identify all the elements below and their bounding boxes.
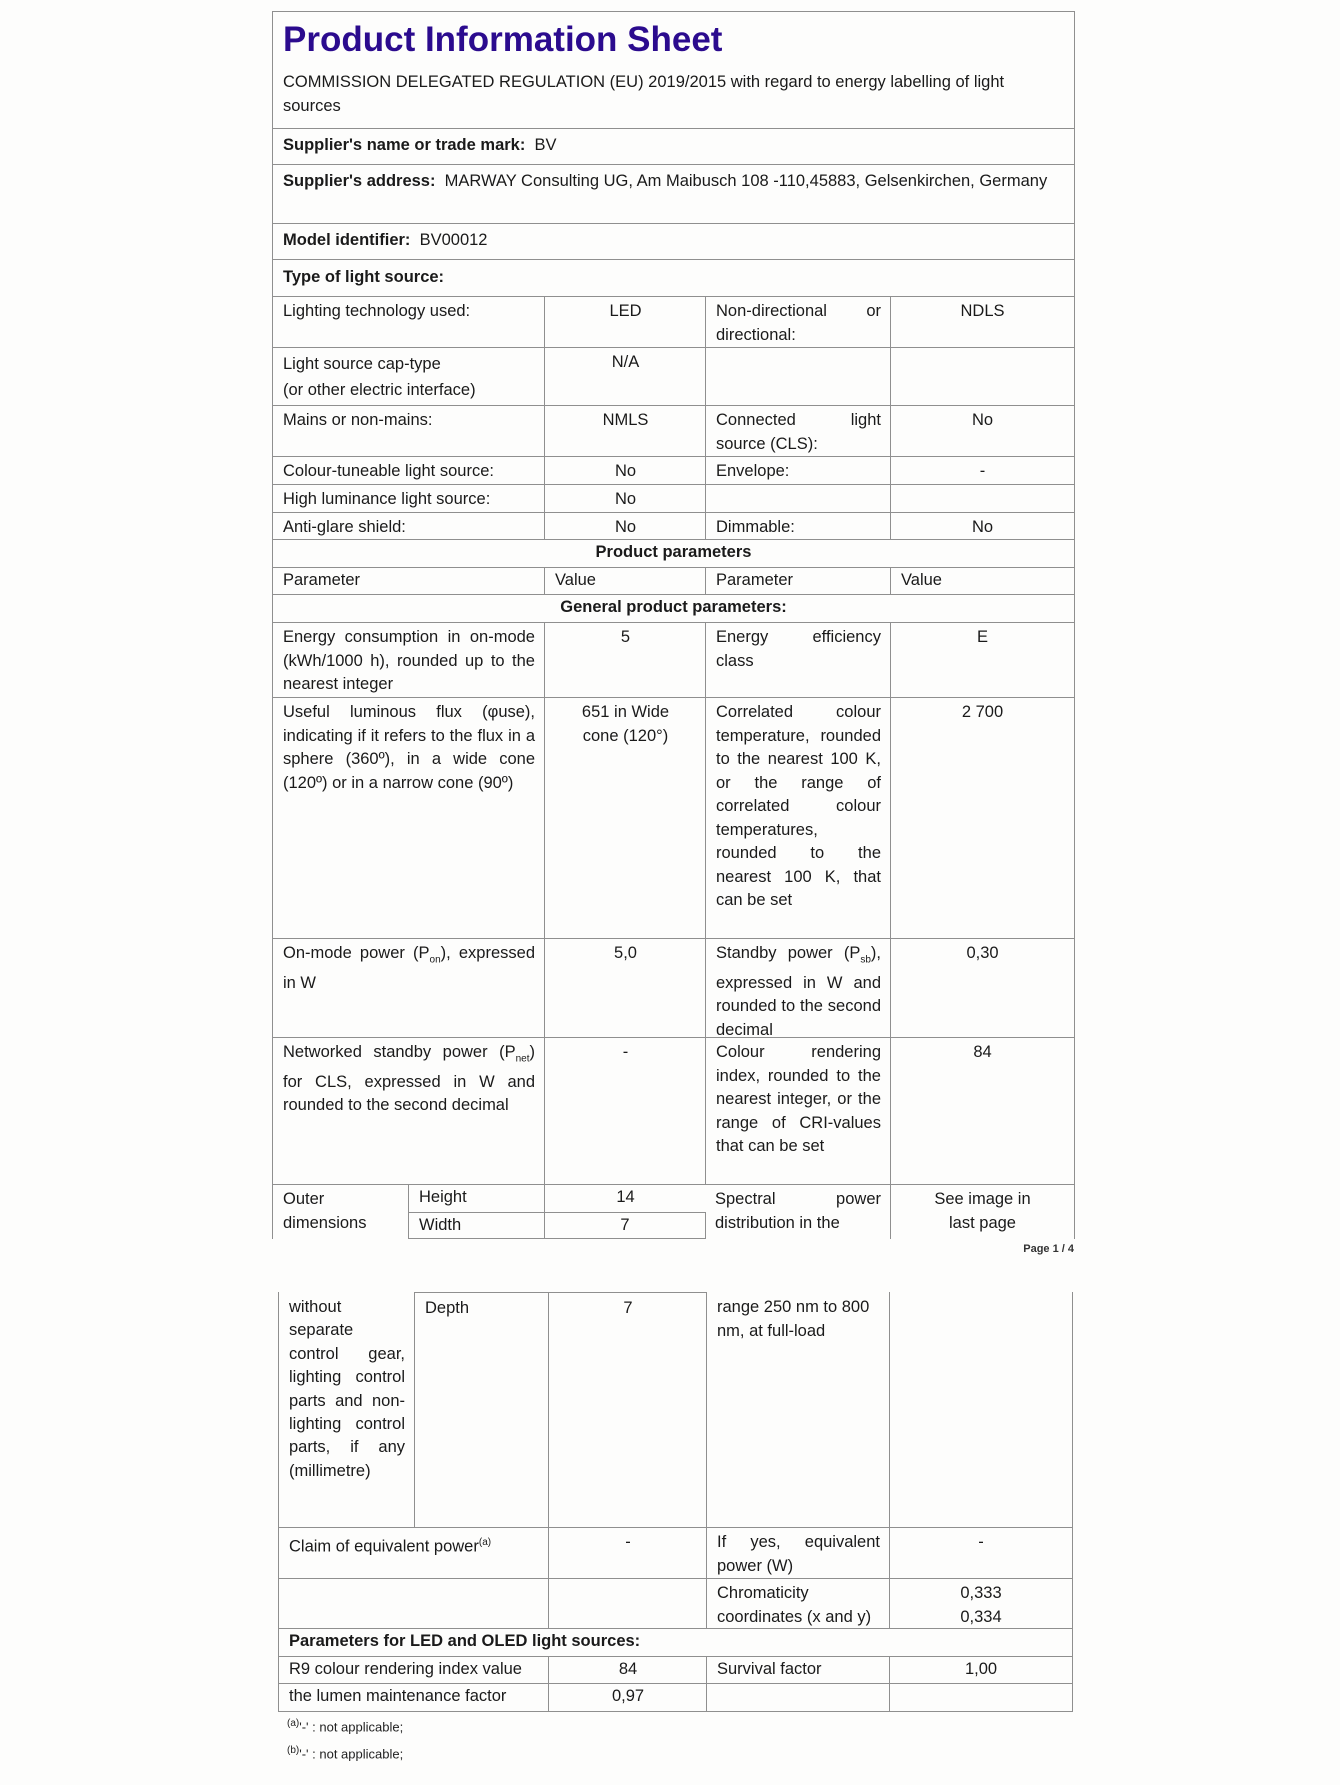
type-param-value: [890, 484, 1075, 513]
type-param-value: -: [890, 456, 1075, 485]
chromaticity-y: 0,334: [900, 1606, 1062, 1630]
type-param-label: Envelope:: [705, 456, 891, 485]
param-value: 0,30: [890, 938, 1075, 1038]
page-title: Product Information Sheet: [283, 16, 1064, 60]
height-value: 14: [544, 1184, 706, 1213]
type-param-label: Dimmable:: [705, 512, 891, 540]
type-param-value: NMLS: [544, 405, 706, 457]
type-param-label: [705, 484, 891, 513]
type-param-value: No: [544, 512, 706, 540]
led-param-value: 1,00: [889, 1656, 1073, 1684]
type-param-label: Non-directional or directional:: [705, 296, 891, 348]
col-header-value: Value: [544, 567, 706, 595]
chromaticity-values: 0,333 0,334: [889, 1578, 1073, 1629]
type-param-value: LED: [544, 296, 706, 348]
model-identifier-value: BV00012: [420, 231, 488, 249]
type-param-label: Anti-glare shield:: [272, 512, 545, 540]
type-param-value: No: [890, 512, 1075, 540]
page-indicator: Page 1 / 4: [1010, 1243, 1074, 1255]
empty-cell: [548, 1578, 707, 1629]
type-param-value: No: [544, 456, 706, 485]
col-header-value-2: Value: [890, 567, 1075, 595]
param-value: 651 in Wide cone (120°): [544, 697, 706, 939]
type-param-label: Connected light source (CLS):: [705, 405, 891, 457]
type-param-label: Colour-tuneable light source:: [272, 456, 545, 485]
footnote-a: (a)'-' : not applicable;: [287, 1718, 403, 1734]
col-header-parameter: Parameter: [272, 567, 545, 595]
product-parameters-heading: Product parameters: [272, 539, 1075, 568]
param-value: 84: [890, 1037, 1075, 1185]
param-label: Energy efficiency class: [705, 622, 891, 698]
col-header-parameter-2: Parameter: [705, 567, 891, 595]
spd-value: See image in last page: [890, 1184, 1075, 1239]
param-value: 5,0: [544, 938, 706, 1038]
type-param-value: NDLS: [890, 296, 1075, 348]
supplier-address-row: Supplier's address: MARWAY Consulting UG…: [272, 164, 1075, 224]
param-label: Energy consumption in on-mode (kWh/1000 …: [272, 622, 545, 698]
param-label: On-mode power (Pon), expressed in W: [272, 938, 545, 1038]
type-param-label: Mains or non-mains:: [272, 405, 545, 457]
empty-cell: [278, 1578, 549, 1629]
width-label: Width: [408, 1212, 545, 1239]
outer-dimensions-label: Outer dimensions: [272, 1184, 409, 1239]
claim-equivalent-power-value: -: [548, 1527, 707, 1579]
type-param-label: Lighting technology used:: [272, 296, 545, 348]
height-label: Height: [408, 1184, 545, 1213]
param-label: Standby power (Psb), expressed in W and …: [705, 938, 891, 1038]
spd-value-cont: [889, 1292, 1073, 1528]
chromaticity-x: 0,333: [900, 1582, 1062, 1606]
led-param-label: the lumen maintenance factor: [278, 1683, 549, 1712]
supplier-name-label: Supplier's name or trade mark:: [283, 136, 525, 154]
model-identifier-row: Model identifier: BV00012: [272, 223, 1075, 260]
type-param-label: Light source cap-type (or other electric…: [272, 347, 545, 406]
equivalent-power-value: -: [889, 1527, 1073, 1579]
width-value: 7: [544, 1212, 706, 1239]
param-label: Correlated colour temperature, rounded t…: [705, 697, 891, 939]
type-param-value: [890, 347, 1075, 406]
type-param-value: N/A: [544, 347, 706, 406]
param-label: Useful luminous flux (φuse), indicating …: [272, 697, 545, 939]
type-param-label: High luminance light source:: [272, 484, 545, 513]
led-param-value: [889, 1683, 1073, 1712]
supplier-name-value: BV: [535, 136, 557, 154]
general-parameters-heading: General product parameters:: [272, 594, 1075, 623]
outer-dimensions-label-cont: without separate control gear, lighting …: [278, 1292, 415, 1528]
spd-label: Spectral power distribution in the: [705, 1184, 891, 1239]
supplier-address-label: Supplier's address:: [283, 172, 435, 190]
led-param-label: Survival factor: [706, 1656, 890, 1684]
type-param-value: No: [544, 484, 706, 513]
param-value: 5: [544, 622, 706, 698]
type-section-heading: Type of light source:: [272, 259, 1075, 297]
header-cell: Product Information Sheet COMMISSION DEL…: [272, 11, 1075, 129]
spd-label-cont: range 250 nm to 800 nm, at full-load: [706, 1292, 890, 1528]
led-section-heading: Parameters for LED and OLED light source…: [278, 1628, 1073, 1657]
param-label: Networked standby power (Pnet) for CLS, …: [272, 1037, 545, 1185]
footnote-b: (b)'-' : not applicable;: [287, 1745, 403, 1761]
param-value: E: [890, 622, 1075, 698]
led-param-value: 84: [548, 1656, 707, 1684]
regulation-text: COMMISSION DELEGATED REGULATION (EU) 201…: [283, 70, 1064, 118]
param-value: 2 700: [890, 697, 1075, 939]
depth-value: 7: [548, 1292, 707, 1528]
led-param-label: R9 colour rendering index value: [278, 1656, 549, 1684]
depth-label: Depth: [414, 1292, 549, 1528]
chromaticity-label: Chromaticity coordinates (x and y): [706, 1578, 890, 1629]
supplier-name-row: Supplier's name or trade mark: BV: [272, 128, 1075, 165]
model-identifier-label: Model identifier:: [283, 231, 410, 249]
led-param-label: [706, 1683, 890, 1712]
type-param-label: [705, 347, 891, 406]
param-value: -: [544, 1037, 706, 1185]
led-param-value: 0,97: [548, 1683, 707, 1712]
supplier-address-value: MARWAY Consulting UG, Am Maibusch 108 -1…: [445, 172, 1048, 190]
equivalent-power-label: If yes, equivalent power (W): [706, 1527, 890, 1579]
claim-equivalent-power-label: Claim of equivalent power(a): [278, 1527, 549, 1579]
type-param-value: No: [890, 405, 1075, 457]
param-label: Colour rendering index, rounded to the n…: [705, 1037, 891, 1185]
